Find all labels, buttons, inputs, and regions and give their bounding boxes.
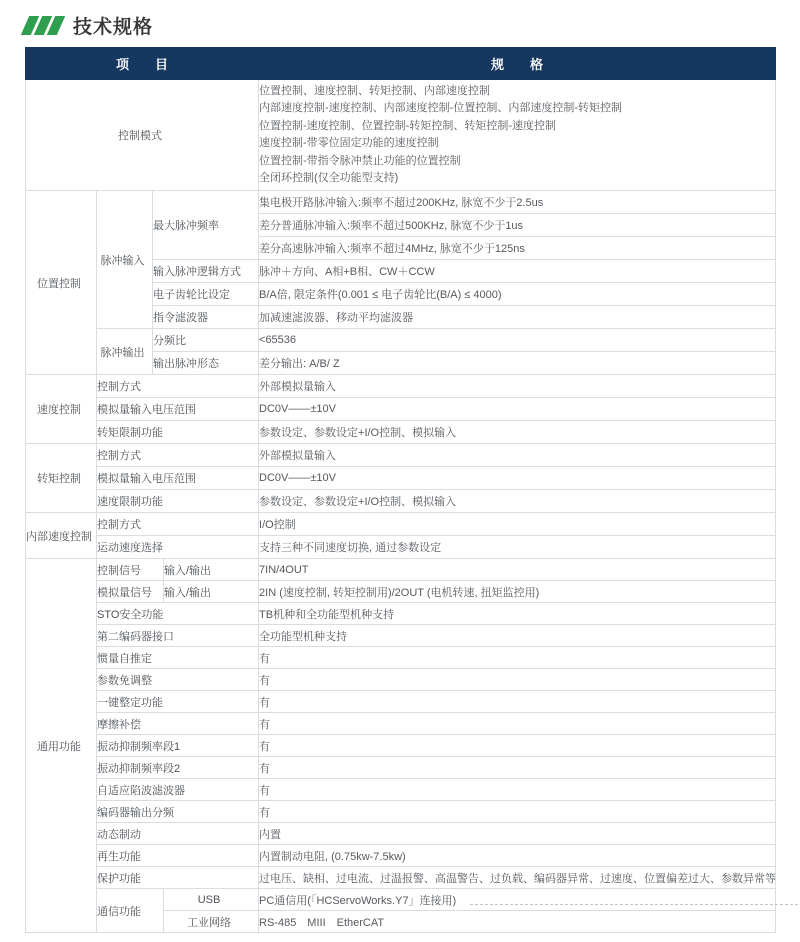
table-row: 脉冲输出 分频比 <65536 — [26, 329, 776, 352]
table-row: 保护功能 过电压、缺相、过电流、过温报警、高温警告、过负载、编码器异常、过速度、… — [26, 867, 776, 889]
watermark-dash — [470, 904, 798, 905]
row-label: 通信功能 — [97, 889, 164, 933]
row-label: 保护功能 — [97, 867, 259, 889]
row-label: 最大脉冲频率 — [153, 191, 259, 260]
section-title-bar: 技术规格 — [25, 12, 153, 39]
table-row: 速度限制功能 参数设定、参数设定+I/O控制、模拟输入 — [26, 490, 776, 513]
row-label: 运动速度选择 — [97, 536, 259, 559]
table-row: 模拟量信号 输入/输出 2IN (速度控制, 转矩控制用)/2OUT (电机转速… — [26, 581, 776, 603]
table-row: 速度控制 控制方式 外部模拟量输入 — [26, 375, 776, 398]
row-value: 有 — [259, 647, 776, 669]
row-label: 振动抑制频率段1 — [97, 735, 259, 757]
row-value: RS-485 MIII EtherCAT — [259, 911, 776, 933]
row-value: 有 — [259, 801, 776, 823]
row-label: 控制方式 — [97, 444, 259, 467]
group-label: 脉冲输出 — [97, 329, 153, 375]
row-label: 再生功能 — [97, 845, 259, 867]
row-value: I/O控制 — [259, 513, 776, 536]
table-row: 控制模式 位置控制、速度控制、转矩控制、内部速度控制 内部速度控制-速度控制、内… — [26, 80, 776, 191]
row-value: DC0V——±10V — [259, 398, 776, 421]
row-value: 差分普通脉冲输入:频率不超过500KHz, 脉宽不少于1us — [259, 214, 776, 237]
row-value: 7IN/4OUT — [259, 559, 776, 581]
row-label: 控制信号 — [97, 559, 164, 581]
row-label: 输入脉冲逻辑方式 — [153, 260, 259, 283]
table-header-row: 项 目 规 格 — [26, 48, 776, 80]
table-row: 编码器输出分频 有 — [26, 801, 776, 823]
row-value: 2IN (速度控制, 转矩控制用)/2OUT (电机转速, 扭矩监控用) — [259, 581, 776, 603]
table-row: 自适应陷波滤波器 有 — [26, 779, 776, 801]
table-row: 一键整定功能 有 — [26, 691, 776, 713]
sub-label: 输入/输出 — [164, 581, 259, 603]
row-value: 参数设定、参数设定+I/O控制、模拟输入 — [259, 490, 776, 513]
table-row: 模拟量输入电压范围 DC0V——±10V — [26, 398, 776, 421]
row-label: 模拟量输入电压范围 — [97, 467, 259, 490]
row-value: 全功能型机种支持 — [259, 625, 776, 647]
row-value: 集电极开路脉冲输入:频率不超过200KHz, 脉宽不少于2.5us — [259, 191, 776, 214]
row-label: 模拟量信号 — [97, 581, 164, 603]
row-value: 参数设定、参数设定+I/O控制、模拟输入 — [259, 421, 776, 444]
row-value: 差分输出: A/B/ Z — [259, 352, 776, 375]
table-row: 模拟量输入电压范围 DC0V——±10V — [26, 467, 776, 490]
row-value: 有 — [259, 779, 776, 801]
row-value: 内置 — [259, 823, 776, 845]
table-row: 振动抑制频率段2 有 — [26, 757, 776, 779]
row-label: STO安全功能 — [97, 603, 259, 625]
header-item: 项 目 — [26, 48, 259, 80]
row-value: 有 — [259, 713, 776, 735]
row-label: 控制方式 — [97, 513, 259, 536]
row-label: 指令滤波器 — [153, 306, 259, 329]
section-label: 转矩控制 — [26, 444, 97, 513]
row-value: DC0V——±10V — [259, 467, 776, 490]
section-label: 位置控制 — [26, 191, 97, 375]
row-value: 有 — [259, 691, 776, 713]
row-label: 分频比 — [153, 329, 259, 352]
table-row: 参数免调整 有 — [26, 669, 776, 691]
table-row: 运动速度选择 支持三种不同速度切换, 通过参数设定 — [26, 536, 776, 559]
section-label: 控制模式 — [26, 80, 259, 191]
row-label: 电子齿轮比设定 — [153, 283, 259, 306]
header-spec: 规 格 — [259, 48, 776, 80]
section-label: 内部速度控制 — [26, 513, 97, 559]
row-label: 控制方式 — [97, 375, 259, 398]
table-row: 第二编码器接口 全功能型机种支持 — [26, 625, 776, 647]
spec-table: 项 目 规 格 控制模式 位置控制、速度控制、转矩控制、内部速度控制 内部速度控… — [25, 47, 776, 933]
row-label: 第二编码器接口 — [97, 625, 259, 647]
table-row: 再生功能 内置制动电阻, (0.75kw-7.5kw) — [26, 845, 776, 867]
row-value: 位置控制、速度控制、转矩控制、内部速度控制 内部速度控制-速度控制、内部速度控制… — [259, 80, 776, 191]
sub-label: USB — [164, 889, 259, 911]
table-row: 通信功能 USB PC通信用(「HCServoWorks.Y7」连接用) — [26, 889, 776, 911]
row-label: 输出脉冲形态 — [153, 352, 259, 375]
table-row: 动态制动 内置 — [26, 823, 776, 845]
row-value: B/A倍, 限定条件(0.001 ≤ 电子齿轮比(B/A) ≤ 4000) — [259, 283, 776, 306]
row-value: TB机种和全功能型机种支持 — [259, 603, 776, 625]
row-label: 一键整定功能 — [97, 691, 259, 713]
row-value: 差分高速脉冲输入:频率不超过4MHz, 脉宽不少于125ns — [259, 237, 776, 260]
table-row: 振动抑制频率段1 有 — [26, 735, 776, 757]
row-label: 振动抑制频率段2 — [97, 757, 259, 779]
table-row: 通用功能 控制信号 输入/输出 7IN/4OUT — [26, 559, 776, 581]
row-label: 速度限制功能 — [97, 490, 259, 513]
table-row: 转矩控制 控制方式 外部模拟量输入 — [26, 444, 776, 467]
sub-label: 工业网络 — [164, 911, 259, 933]
row-label: 自适应陷波滤波器 — [97, 779, 259, 801]
row-label: 转矩限制功能 — [97, 421, 259, 444]
row-value: 加减速滤波器、移动平均滤波器 — [259, 306, 776, 329]
section-label: 速度控制 — [26, 375, 97, 444]
row-label: 动态制动 — [97, 823, 259, 845]
row-value: 外部模拟量输入 — [259, 444, 776, 467]
row-value: 外部模拟量输入 — [259, 375, 776, 398]
row-value: 有 — [259, 669, 776, 691]
green-stripes-icon — [25, 16, 64, 35]
row-label: 摩擦补偿 — [97, 713, 259, 735]
row-value: 支持三种不同速度切换, 通过参数设定 — [259, 536, 776, 559]
table-row: STO安全功能 TB机种和全功能型机种支持 — [26, 603, 776, 625]
table-row: 内部速度控制 控制方式 I/O控制 — [26, 513, 776, 536]
row-value: 内置制动电阻, (0.75kw-7.5kw) — [259, 845, 776, 867]
page-title: 技术规格 — [73, 12, 153, 39]
row-label: 编码器输出分频 — [97, 801, 259, 823]
row-value: PC通信用(「HCServoWorks.Y7」连接用) — [259, 889, 776, 911]
row-value: 过电压、缺相、过电流、过温报警、高温警告、过负载、编码器异常、过速度、位置偏差过… — [259, 867, 776, 889]
table-row: 摩擦补偿 有 — [26, 713, 776, 735]
row-label: 参数免调整 — [97, 669, 259, 691]
section-label: 通用功能 — [26, 559, 97, 933]
row-label: 模拟量输入电压范围 — [97, 398, 259, 421]
table-row: 位置控制 脉冲输入 最大脉冲频率 集电极开路脉冲输入:频率不超过200KHz, … — [26, 191, 776, 214]
row-value: <65536 — [259, 329, 776, 352]
row-value: 有 — [259, 735, 776, 757]
sub-label: 输入/输出 — [164, 559, 259, 581]
table-row: 转矩限制功能 参数设定、参数设定+I/O控制、模拟输入 — [26, 421, 776, 444]
row-value: 有 — [259, 757, 776, 779]
row-value: 脉冲＋方向、A相+B相、CW＋CCW — [259, 260, 776, 283]
group-label: 脉冲输入 — [97, 191, 153, 329]
table-row: 惯量自推定 有 — [26, 647, 776, 669]
row-label: 惯量自推定 — [97, 647, 259, 669]
